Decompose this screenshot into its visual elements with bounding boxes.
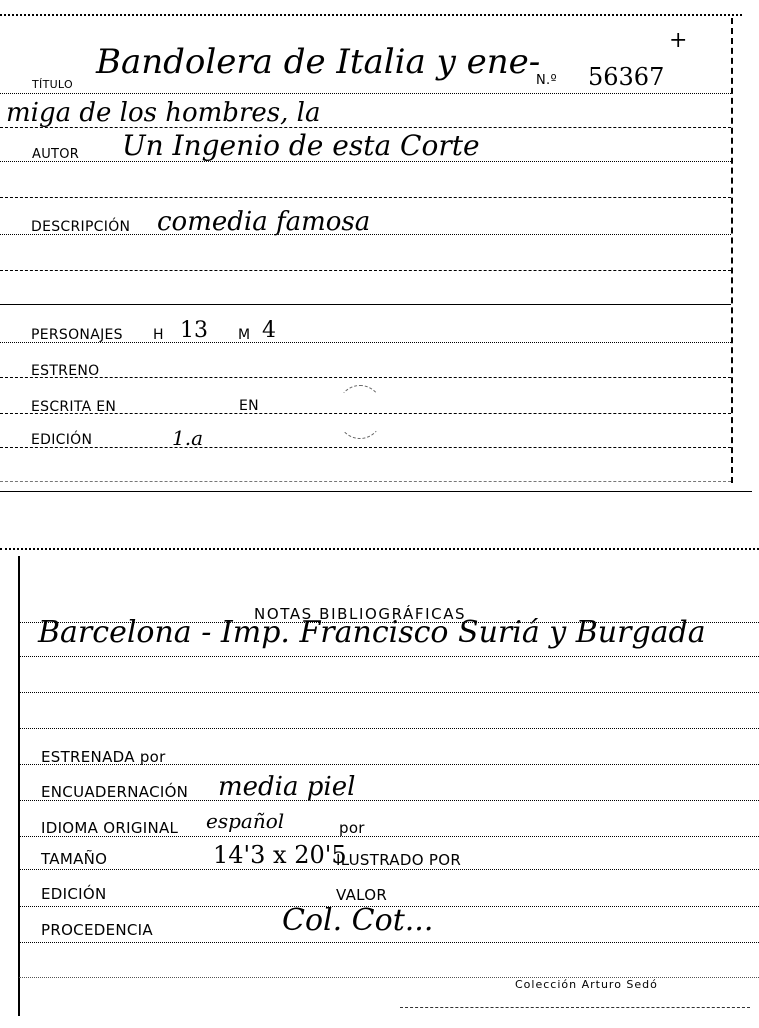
personajes-h-value: 13	[180, 320, 208, 342]
numero-label: N.º	[536, 74, 557, 87]
edicion-label: EDICIÓN	[31, 433, 92, 447]
titulo-label: TÍTULO	[32, 79, 73, 90]
card-bottom-left-border	[18, 556, 20, 1016]
autor-value: Un Ingenio de esta Corte	[122, 132, 480, 160]
tamano-label: TAMAÑO	[41, 852, 107, 867]
autor-label: AUTOR	[32, 148, 79, 161]
card-top-bottom-border	[0, 491, 752, 492]
idioma-label: IDIOMA ORIGINAL	[41, 821, 178, 836]
procedencia-value: Col. Cot...	[282, 906, 433, 936]
idioma-por-label: por	[339, 821, 365, 836]
blank-line-2	[0, 270, 731, 271]
encuadernacion-value: media piel	[218, 774, 355, 800]
idioma-line	[19, 836, 759, 837]
numero-value: 56367	[588, 65, 664, 89]
estrenada-line	[19, 764, 759, 765]
titulo-line	[0, 93, 731, 94]
notas-line-3	[19, 692, 759, 693]
blank-line-3	[0, 304, 731, 305]
plus-mark: +	[669, 30, 687, 52]
personajes-line	[0, 342, 731, 343]
edicion-line	[0, 447, 731, 448]
card-top-bottom-dashes	[0, 481, 731, 482]
autor-line	[0, 161, 731, 162]
encuadernacion-label: ENCUADERNACIÓN	[41, 785, 188, 800]
escrita-en-en-label: EN	[239, 399, 259, 413]
descripcion-label: DESCRIPCIÓN	[31, 220, 130, 234]
stamp-mark	[336, 385, 384, 439]
descripcion-line	[0, 234, 731, 235]
tamano-line	[19, 869, 759, 870]
personajes-label: PERSONAJES	[31, 328, 123, 342]
card-top-right-border	[731, 18, 733, 483]
estreno-label: ESTRENO	[31, 364, 99, 378]
estreno-line	[0, 377, 731, 378]
footer-collection: Colección Arturo Sedó	[515, 978, 658, 991]
personajes-m-label: M	[238, 328, 250, 342]
personajes-m-value: 4	[262, 320, 276, 342]
card-top-edge	[0, 14, 742, 19]
escrita-en-label: ESCRITA EN	[31, 400, 116, 414]
titulo-value-cont: miga de los hombres, la	[6, 100, 320, 126]
personajes-h-label: H	[153, 328, 164, 342]
card-bottom-edge	[0, 548, 759, 553]
edicion-bottom-label: EDICIÓN	[41, 887, 106, 902]
notas-value: Barcelona - Imp. Francisco Suriá y Burga…	[38, 618, 706, 648]
titulo-value: Bandolera de Italia y ene-	[96, 45, 540, 79]
blank-line-1	[0, 197, 731, 198]
idioma-value: español	[206, 811, 284, 831]
tamano-value: 14'3 x 20'5	[213, 843, 347, 867]
edicion-value: 1.a	[172, 428, 203, 448]
footer-bottom-edge	[400, 1007, 750, 1008]
titulo-cont-line	[0, 127, 731, 128]
procedencia-line	[19, 942, 759, 943]
estrenada-label: ESTRENADA por	[41, 750, 166, 765]
valor-label: VALOR	[336, 888, 387, 903]
notas-line-2	[19, 656, 759, 657]
ilustrado-label: ILUSTRADO POR	[336, 853, 461, 868]
notas-line-4	[19, 728, 759, 729]
procedencia-label: PROCEDENCIA	[41, 923, 153, 938]
descripcion-value: comedia famosa	[157, 209, 370, 235]
encuadernacion-line	[19, 800, 759, 801]
